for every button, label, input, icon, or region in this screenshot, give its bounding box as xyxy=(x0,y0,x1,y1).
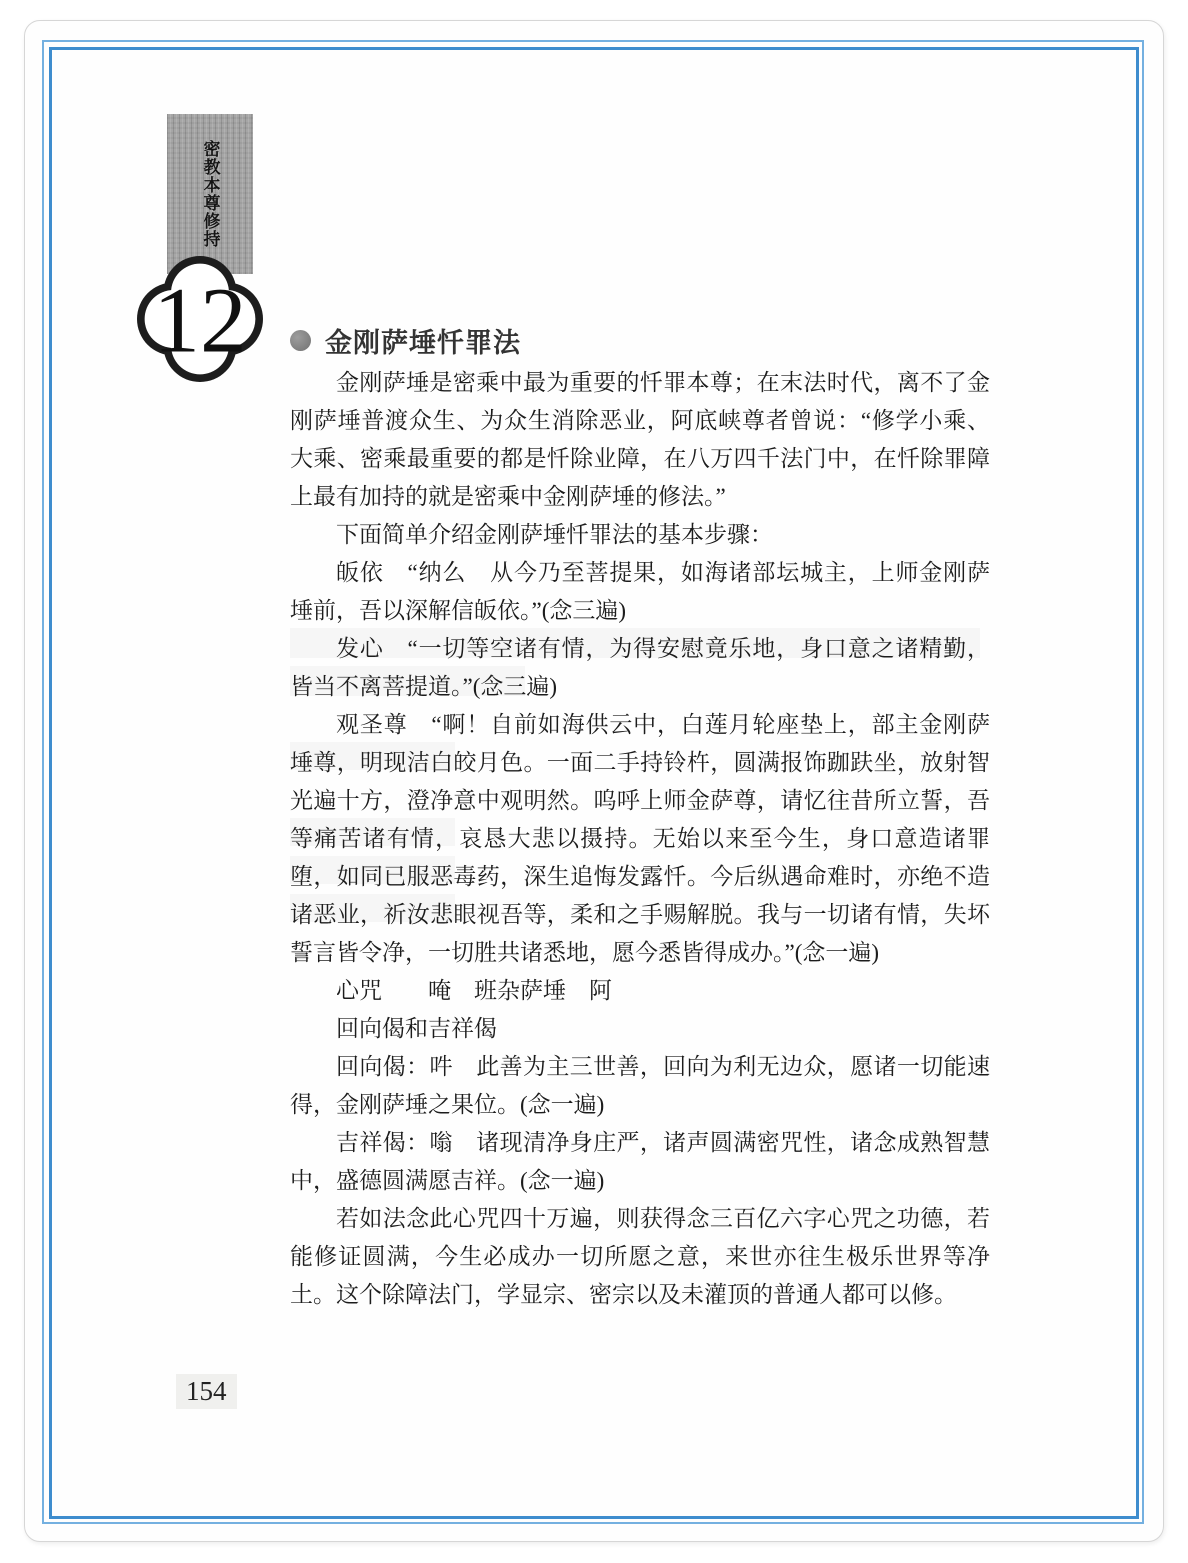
page-content: 金刚萨埵忏罪法 金刚萨埵是密乘中最为重要的忏罪本尊；在末法时代，离不了金刚萨埵普… xyxy=(290,320,990,1314)
section-title: 金刚萨埵忏罪法 xyxy=(325,321,521,360)
chapter-number-badge: 12 xyxy=(137,255,263,383)
body-paragraph: 发心 “一切等空诸有情，为得安慰竟乐地，身口意之诸精勤，皆当不离菩提道。”(念三… xyxy=(290,630,990,706)
body-paragraph: 金刚萨埵是密乘中最为重要的忏罪本尊；在末法时代，离不了金刚萨埵普渡众生、为众生消… xyxy=(290,364,990,516)
side-banner: 密教本尊修持 xyxy=(167,114,253,274)
section-heading-row: 金刚萨埵忏罪法 xyxy=(290,320,990,360)
chapter-number: 12 xyxy=(153,270,246,373)
page-number-area: 154 xyxy=(176,1374,237,1409)
body-paragraph: 回向偈和吉祥偈 xyxy=(290,1010,990,1048)
book-page: 密教本尊修持 12 金刚萨埵忏罪法 金刚萨埵是密乘中最为重要的忏罪本尊；在末法时… xyxy=(0,0,1188,1563)
body-paragraph: 回向偈：吽 此善为主三世善，回向为利无边众，愿诸一切能速得，金刚萨埵之果位。(念… xyxy=(290,1048,990,1124)
body-paragraph: 皈依 “纳么 从今乃至菩提果，如海诸部坛城主，上师金刚萨埵前，吾以深解信皈依。”… xyxy=(290,554,990,630)
body-paragraph: 下面简单介绍金刚萨埵忏罪法的基本步骤： xyxy=(290,516,990,554)
body-paragraph: 若如法念此心咒四十万遍，则获得念三百亿六字心咒之功德，若能修证圆满，今生必成办一… xyxy=(290,1200,990,1314)
quatrefoil-icon: 12 xyxy=(137,255,263,383)
body-paragraphs: 金刚萨埵是密乘中最为重要的忏罪本尊；在末法时代，离不了金刚萨埵普渡众生、为众生消… xyxy=(290,364,990,1314)
body-paragraph: 观圣尊 “啊！自前如海供云中，白莲月轮座垫上，部主金刚萨埵尊，明现洁白皎月色。一… xyxy=(290,706,990,972)
page-number: 154 xyxy=(186,1376,227,1406)
body-paragraph: 吉祥偈：嗡 诸现清净身庄严，诸声圆满密咒性，诸念成熟智慧中，盛德圆满愿吉祥。(念… xyxy=(290,1124,990,1200)
side-banner-text: 密教本尊修持 xyxy=(198,140,223,248)
body-paragraph: 心咒 唵 班杂萨埵 阿 xyxy=(290,972,990,1010)
section-bullet-icon xyxy=(290,330,311,351)
